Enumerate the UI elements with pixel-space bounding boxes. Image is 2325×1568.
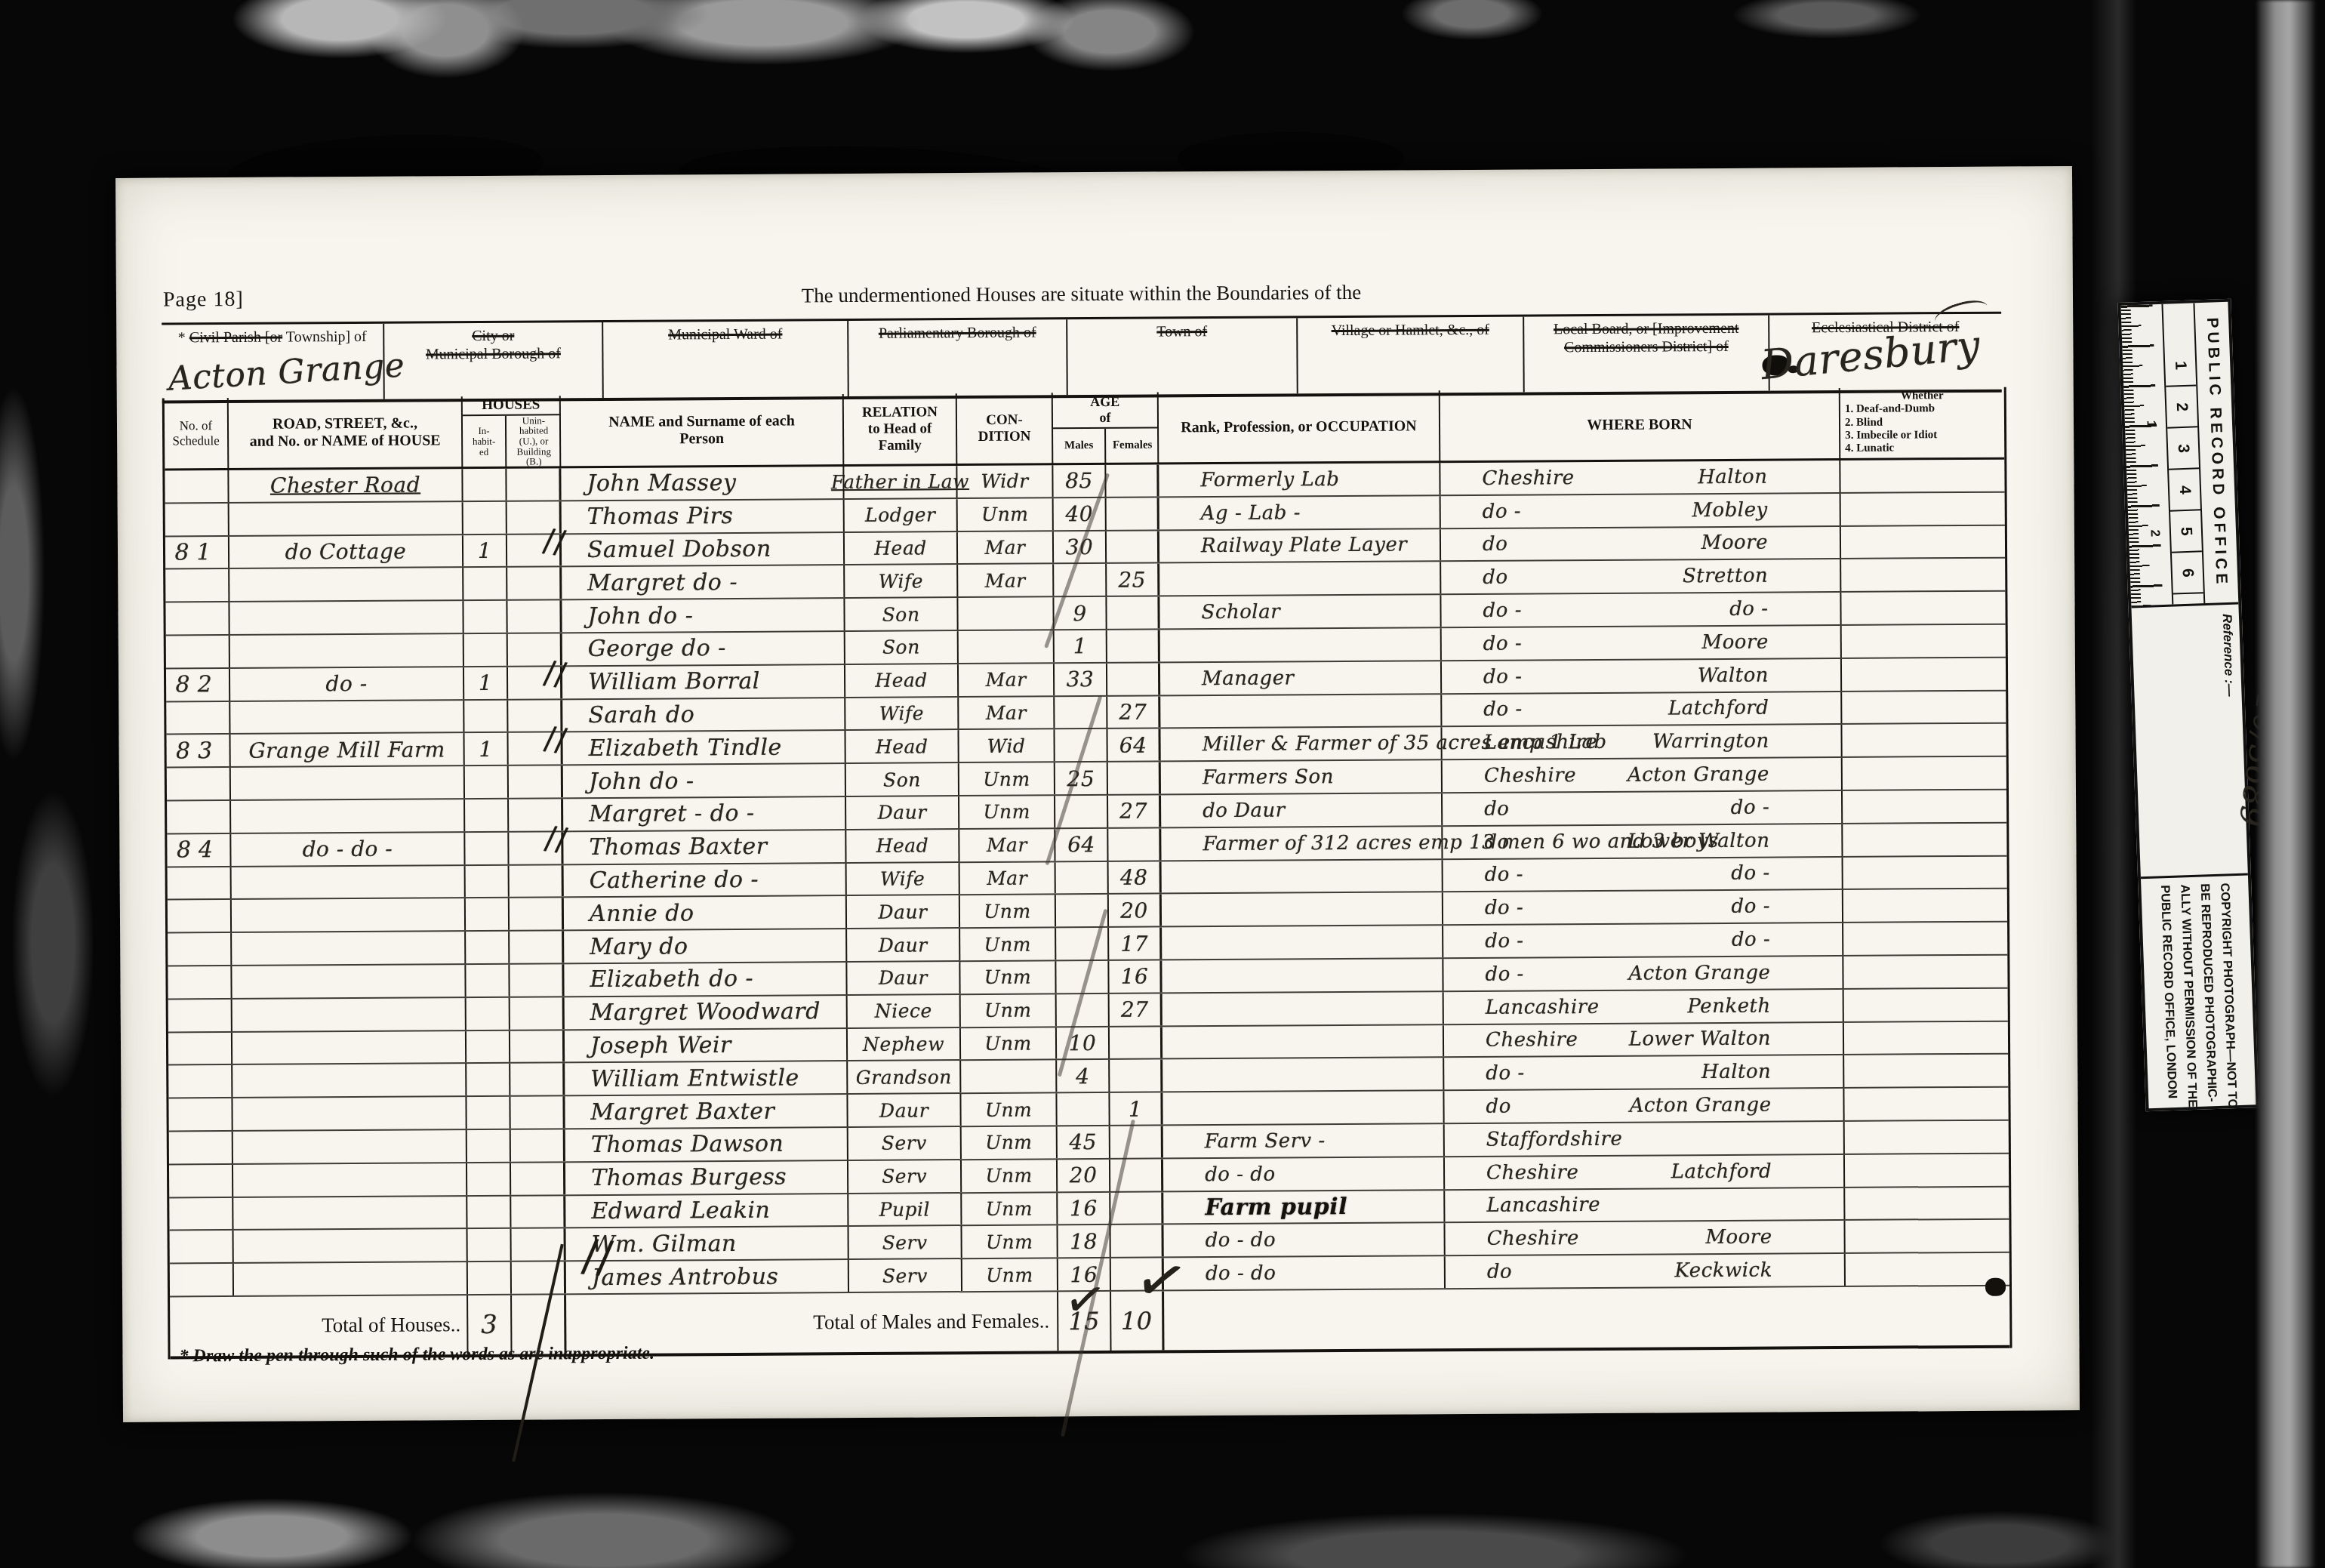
where-born-part: do: [1483, 533, 1507, 556]
header-where-born: WHERE BORN: [1440, 388, 1841, 461]
cell-houses-inhabited: 1: [464, 733, 508, 765]
cell-person-name: Thomas Burgess: [565, 1161, 848, 1194]
cell-occupation: do - do: [1163, 1157, 1445, 1191]
cell-age-female: [1110, 1126, 1163, 1157]
cell-houses-uninhabited: [507, 568, 562, 599]
cell-schedule-number: [168, 1033, 232, 1064]
cell-age-female: 20: [1109, 895, 1162, 926]
district-box-label: City or Municipal Borough of: [384, 326, 602, 364]
cell-condition: Wid: [959, 730, 1055, 762]
cell-schedule-number: 84: [167, 834, 231, 866]
cell-houses-uninhabited: [511, 1163, 565, 1194]
cell-road-street: [229, 502, 463, 535]
cell-schedule-number: [170, 1264, 234, 1295]
where-born-part: Cheshire: [1487, 1227, 1579, 1250]
header-occupation: Rank, Profession, or OCCUPATION: [1159, 390, 1441, 463]
cell-occupation: do Daur: [1161, 793, 1443, 827]
cell-houses-inhabited: 1: [464, 667, 508, 699]
copyright-lines: COPYRIGHT PHOTOGRAPH—NOT TOBE REPRODUCED…: [2155, 883, 2242, 1098]
cell-where-born: do -Walton: [1442, 659, 1842, 693]
header-schedule: No. of Schedule: [165, 398, 229, 470]
cell-houses-uninhabited: [507, 468, 561, 500]
cell-condition: Widr: [957, 465, 1053, 498]
cell-age-male: 1: [1055, 630, 1107, 662]
cell-relation: Serv: [848, 1226, 962, 1258]
cell-condition: Unm: [960, 895, 1056, 928]
cell-person-name: Margret - do -: [563, 797, 846, 830]
where-born-part: Lower Walton: [1627, 829, 1770, 852]
district-box-village-hamlet: Village or Hamlet, &c., of: [1298, 317, 1525, 394]
cell-schedule-number: [165, 504, 229, 535]
ruler-cm-number: 3: [2167, 427, 2199, 470]
cell-where-born: dodo -: [1443, 791, 1843, 825]
cell-occupation: Scholar: [1159, 595, 1441, 628]
cell-where-born: doStretton: [1441, 559, 1841, 593]
cell-whether-disability: [1843, 757, 2006, 790]
cell-road-street: [229, 601, 463, 634]
header-males: Males: [1053, 429, 1106, 464]
where-born-part: Keckwick: [1674, 1259, 1772, 1283]
cell-person-name: Edward Leakin: [565, 1194, 848, 1228]
cell-condition: [961, 1061, 1057, 1093]
cell-road-street: Chester Road: [229, 469, 463, 502]
where-born-part: Acton Grange: [1630, 1094, 1772, 1117]
where-born-part: do -: [1485, 864, 1524, 886]
cell-occupation: [1162, 959, 1443, 992]
census-rows: Chester RoadJohn MasseyFather in LawWidr…: [165, 460, 2009, 1298]
cell-houses-uninhabited: [510, 865, 564, 897]
pro-title-text: PUBLIC RECORD OFFICE: [2203, 317, 2230, 587]
cell-person-name: ∕∕Samuel Dobson: [562, 533, 845, 566]
cell-occupation: do - do: [1164, 1256, 1446, 1289]
cell-schedule-number: 83: [166, 735, 230, 766]
cell-where-born: CheshireHalton: [1440, 461, 1840, 494]
cell-age-female: 25: [1107, 564, 1159, 596]
where-born-part: do -: [1731, 895, 1770, 918]
cell-road-street: Grange Mill Farm: [230, 733, 464, 766]
cell-schedule-number: [165, 602, 229, 634]
cell-road-street: [233, 1163, 467, 1197]
where-born-part: Moore: [1701, 630, 1768, 654]
cell-whether-disability: [1845, 1220, 2009, 1252]
cell-houses-inhabited: [463, 568, 507, 599]
cell-whether-disability: [1843, 856, 2007, 889]
where-born-part: do -: [1729, 598, 1769, 621]
district-box-ecclesiastical: Ecclesiastical District of Daresbury: [1769, 314, 2002, 391]
header-houses: HOUSES: [463, 396, 559, 416]
where-born-part: Penketh: [1687, 994, 1770, 1018]
cell-occupation: [1160, 628, 1442, 661]
cell-occupation: Farm Serv -: [1163, 1124, 1445, 1157]
cell-where-born: do -Mobley: [1441, 494, 1841, 528]
cell-occupation: [1162, 893, 1443, 926]
cell-whether-disability: [1843, 790, 2006, 823]
where-born-part: do: [1483, 566, 1507, 589]
where-born-part: do -: [1485, 963, 1524, 985]
cell-condition: Unm: [961, 1093, 1057, 1126]
where-born-part: Moore: [1705, 1226, 1772, 1249]
where-born-part: do -: [1483, 599, 1522, 622]
cell-person-name: Margret do -: [562, 565, 845, 599]
cell-age-female: 48: [1109, 861, 1162, 893]
cell-where-born: doActon Grange: [1444, 1089, 1844, 1123]
microfilm-scan: Page 18] The undermentioned Houses are s…: [0, 0, 2325, 1568]
cell-relation: Wife: [847, 863, 960, 895]
cell-age-female: 27: [1110, 993, 1162, 1025]
cell-houses-inhabited: [463, 502, 507, 534]
where-born-part: Cheshire: [1484, 764, 1576, 787]
cell-houses-uninhabited: [510, 1064, 565, 1095]
where-born-part: do -: [1731, 862, 1770, 885]
cell-occupation: Miller & Farmer of 35 acres emp 1 Lab: [1160, 728, 1442, 761]
cell-person-name: ∕∕William Borral: [562, 665, 845, 698]
cell-whether-disability: [1841, 559, 2005, 591]
district-box-label: Local Board, or [Improvement Commissione…: [1524, 319, 1768, 357]
cell-houses-uninhabited: [507, 601, 562, 633]
header-condition: CON- DITION: [957, 393, 1054, 464]
cell-occupation: Ag - Lab -: [1159, 496, 1441, 529]
cell-whether-disability: [1843, 956, 2007, 988]
cell-schedule-number: [168, 966, 232, 998]
cell-relation: Head: [845, 532, 958, 565]
where-born-part: Acton Grange: [1628, 961, 1770, 984]
cell-whether-disability: [1841, 592, 2005, 624]
cell-where-born: doLower Walton: [1443, 824, 1843, 858]
cell-where-born: Lancashire: [1445, 1188, 1845, 1221]
cell-houses-inhabited: [467, 1196, 511, 1228]
cell-age-male: [1057, 994, 1110, 1026]
cell-age-female: [1107, 597, 1159, 629]
cell-age-male: 64: [1055, 829, 1108, 861]
where-born-part: Staffordshire: [1486, 1128, 1623, 1151]
cell-relation: Serv: [848, 1160, 962, 1193]
cell-houses-inhabited: [466, 965, 510, 997]
cell-age-male: [1056, 861, 1109, 893]
copyright-notice: COPYRIGHT PHOTOGRAPH—NOT TOBE REPRODUCED…: [2141, 875, 2256, 1105]
cell-condition: Mar: [959, 829, 1055, 861]
cell-schedule-number: [170, 1231, 234, 1262]
cell-relation: Head: [846, 830, 959, 862]
where-born-part: Lancashire: [1486, 996, 1600, 1019]
cell-whether-disability: [1841, 492, 2005, 525]
cell-road-street: [230, 634, 464, 667]
where-born-part: Halton: [1698, 465, 1768, 488]
cell-relation: Wife: [845, 565, 958, 598]
cell-condition: Unm: [962, 1193, 1058, 1225]
cell-whether-disability: [1844, 1021, 2008, 1054]
cell-relation: Daur: [847, 895, 960, 928]
cell-where-born: do -Acton Grange: [1443, 957, 1843, 990]
cell-houses-inhabited: [464, 700, 508, 732]
cell-whether-disability: [1843, 889, 2007, 922]
cell-age-female: 64: [1107, 729, 1160, 761]
cell-age-female: 27: [1107, 696, 1160, 728]
cell-road-street: [233, 1197, 467, 1230]
cell-houses-inhabited: 1: [463, 534, 507, 566]
district-box-municipal-ward: Municipal Ward of: [603, 321, 849, 398]
cell-person-name: Thomas Pirs: [562, 500, 845, 533]
cell-where-born: LancashireWarrington: [1442, 725, 1842, 759]
cell-age-male: 45: [1058, 1126, 1110, 1158]
cell-occupation: [1160, 695, 1442, 728]
header-relation: RELATION to Head of Family: [844, 393, 958, 465]
household-separator-mark: ∕∕: [542, 653, 569, 692]
cell-houses-inhabited: [467, 1097, 510, 1129]
cell-schedule-number: 82: [166, 669, 230, 701]
cell-condition: Unm: [962, 1160, 1058, 1192]
cell-houses-uninhabited: [509, 766, 563, 797]
cell-occupation: [1159, 562, 1441, 596]
cell-road-street: [232, 998, 467, 1031]
where-born-part: do: [1484, 830, 1509, 853]
ruler-inch-number: 1: [2144, 420, 2159, 427]
cell-schedule-number: [165, 470, 229, 502]
where-born-part: do: [1486, 1095, 1510, 1118]
cell-houses-uninhabited: [510, 931, 564, 963]
where-born-part: Latchford: [1668, 697, 1769, 720]
where-born-part: do: [1487, 1261, 1512, 1283]
cell-houses-inhabited: [467, 998, 510, 1030]
cell-houses-inhabited: [467, 1030, 510, 1062]
cell-where-born: do -do -: [1441, 593, 1841, 627]
cell-houses-inhabited: [465, 833, 509, 864]
cell-schedule-number: [168, 1065, 232, 1097]
cell-age-female: [1110, 1027, 1162, 1058]
cell-person-name: Mary do: [564, 929, 847, 963]
cell-road-street: [232, 965, 466, 998]
cell-houses-uninhabited: [510, 898, 564, 930]
cell-age-female: [1110, 1060, 1162, 1092]
header-age: AGE of: [1053, 393, 1157, 428]
cell-person-name: Thomas Dawson: [565, 1128, 848, 1161]
cell-houses-inhabited: [466, 865, 510, 897]
where-born-part: do: [1484, 798, 1509, 821]
cell-relation: Daur: [848, 1094, 961, 1126]
census-form-page: Page 18] The undermentioned Houses are s…: [115, 166, 2080, 1422]
cell-houses-inhabited: [467, 1163, 511, 1194]
cell-schedule-number: [168, 1000, 232, 1031]
cell-schedule-number: [168, 900, 232, 932]
where-born-part: Acton Grange: [1627, 763, 1769, 787]
header-whether-item: 1. Deaf-and-Dumb: [1845, 402, 1935, 416]
ruler-cm-number: 2: [2166, 386, 2197, 428]
cell-occupation: Farmer of 312 acres emp 13 men 6 wo and …: [1161, 827, 1443, 860]
header-age-group: AGE of Males Females: [1053, 392, 1159, 464]
cell-where-born: Staffordshire: [1445, 1122, 1845, 1156]
cell-road-street: do - do -: [231, 833, 465, 866]
cell-houses-inhabited: [463, 469, 507, 501]
form-footnote: * Draw the pen through such of the words…: [179, 1344, 654, 1367]
table-header: No. of Schedule ROAD, STREET, &c., and N…: [165, 387, 2005, 471]
cell-road-street: [229, 568, 463, 602]
cell-person-name: Margret Woodward: [565, 996, 848, 1029]
cell-road-street: [232, 866, 466, 899]
cell-age-female: [1107, 531, 1159, 562]
where-born-part: Lancashire: [1486, 1194, 1600, 1217]
cell-occupation: [1162, 992, 1444, 1025]
cell-where-born: CheshireLower Walton: [1444, 1023, 1844, 1057]
cell-schedule-number: [165, 569, 229, 601]
cell-where-born: do -Halton: [1444, 1055, 1844, 1089]
cell-whether-disability: [1844, 1055, 2008, 1087]
header-name: NAME and Surname of each Person: [561, 394, 845, 467]
district-box-label: Municipal Ward of: [603, 325, 847, 344]
cell-whether-disability: [1844, 988, 2008, 1021]
cell-whether-disability: [1842, 724, 2006, 756]
cell-condition: [959, 630, 1055, 663]
where-born-part: do -: [1485, 930, 1524, 953]
where-born-part: Cheshire: [1486, 1161, 1578, 1184]
cell-houses-uninhabited: [510, 997, 565, 1029]
cell-age-female: 1: [1110, 1093, 1162, 1125]
cell-where-born: LancashirePenketh: [1444, 990, 1844, 1024]
cell-relation: Head: [845, 664, 959, 697]
district-box-label: Town of: [1067, 322, 1296, 341]
cell-occupation: [1162, 1058, 1444, 1092]
cell-whether-disability: [1841, 525, 2005, 558]
cell-person-name: William Entwistle: [565, 1061, 848, 1095]
cell-whether-disability: [1844, 1088, 2008, 1120]
cell-age-female: [1108, 828, 1161, 860]
cell-occupation: [1162, 1091, 1444, 1124]
cell-relation: Son: [846, 763, 959, 796]
where-born-part: do -: [1483, 632, 1523, 655]
where-born-part: do -: [1486, 1062, 1525, 1085]
cell-condition: Unm: [959, 763, 1055, 796]
cell-age-female: [1107, 663, 1160, 695]
cell-road-street: [232, 932, 466, 965]
household-separator-mark: ∕∕: [580, 1229, 615, 1283]
cell-whether-disability: [1842, 691, 2006, 723]
header-uninhabited: Unin- habited (U.), or Building (B.): [507, 415, 561, 467]
cell-schedule-number: [169, 1198, 233, 1230]
cell-relation: Wife: [845, 698, 959, 730]
cell-houses-inhabited: [466, 898, 510, 930]
cell-road-street: [231, 799, 465, 833]
cell-condition: Mar: [960, 862, 1056, 895]
district-box-label: Village or Hamlet, &c., of: [1298, 321, 1523, 340]
where-born-part: Lower Walton: [1629, 1027, 1772, 1051]
cell-age-male: [1057, 1093, 1110, 1125]
cell-person-name: ∕∕Thomas Baxter: [563, 830, 846, 864]
cell-condition: Unm: [962, 1226, 1058, 1258]
household-separator-mark: ∕∕: [541, 521, 568, 560]
cell-whether-disability: [1845, 1154, 2009, 1186]
cell-whether-disability: [1843, 823, 2006, 855]
cell-houses-inhabited: [468, 1262, 512, 1294]
cell-where-born: do -do -: [1443, 858, 1843, 892]
cell-occupation: [1162, 1025, 1444, 1058]
where-born-part: Walton: [1698, 664, 1769, 687]
cell-relation: Niece: [848, 995, 961, 1027]
cell-condition: Mar: [958, 531, 1054, 564]
header-inhabited: In- habit- ed: [463, 416, 507, 468]
cell-age-male: 25: [1055, 762, 1108, 794]
totals-spacer: [1164, 1286, 2009, 1351]
cell-houses-uninhabited: [511, 1196, 565, 1228]
cell-road-street: [232, 1064, 467, 1097]
cell-person-name: George do -: [562, 632, 845, 665]
cell-relation: Nephew: [848, 1028, 961, 1061]
cell-occupation: do - do: [1163, 1224, 1445, 1257]
cell-occupation: Farm pupil: [1163, 1191, 1445, 1224]
cell-person-name: John do -: [563, 764, 846, 797]
header-whether-item: 2. Blind: [1845, 416, 1883, 430]
header-whether-item: 4. Lunatic: [1845, 442, 1894, 456]
header-road: ROAD, STREET, &c., and No. or NAME of HO…: [229, 396, 463, 469]
cell-where-born: do -do -: [1443, 890, 1843, 924]
cell-relation: Serv: [849, 1259, 962, 1292]
ruler-scale: 1 2 123456 PUBLIC RECORD OFFICE: [2120, 302, 2238, 608]
cell-relation: Head: [845, 730, 959, 762]
cell-whether-disability: [1845, 1187, 2009, 1219]
cell-relation: Serv: [848, 1127, 962, 1160]
cell-schedule-number: [167, 801, 231, 833]
reference-label: Reference :—: [2219, 614, 2237, 697]
cell-condition: [958, 598, 1054, 630]
cell-condition: Unm: [962, 1126, 1058, 1159]
where-born-part: Latchford: [1671, 1160, 1772, 1183]
ruler-inch-number: 2: [2148, 529, 2163, 537]
cell-where-born: CheshireLatchford: [1445, 1155, 1845, 1189]
where-born-part: do -: [1483, 500, 1522, 522]
where-born-part: Lancashire: [1484, 731, 1598, 754]
where-born-part: do -: [1731, 796, 1770, 818]
cell-condition: Mar: [959, 664, 1055, 696]
cell-houses-inhabited: [465, 799, 509, 831]
cell-houses-uninhabited: [510, 1030, 565, 1062]
cell-age-male: 4: [1057, 1060, 1110, 1092]
where-born-part: Moore: [1701, 531, 1768, 555]
cell-houses-inhabited: [467, 1130, 511, 1162]
cell-whether-disability: [1845, 1121, 2009, 1154]
cell-age-male: 33: [1055, 664, 1107, 695]
cell-schedule-number: [169, 1165, 233, 1197]
cell-where-born: CheshireMoore: [1445, 1221, 1845, 1255]
where-born-part: do -: [1483, 665, 1523, 688]
cell-age-female: 17: [1109, 928, 1162, 960]
film-edge-band: [2257, 0, 2316, 1568]
header-whether-item: 3. Imbecile or Idiot: [1845, 429, 1937, 442]
cell-road-street: [234, 1229, 468, 1262]
cell-relation: Lodger: [845, 499, 958, 531]
page-title: The undermentioned Houses are situate wi…: [162, 277, 2001, 312]
cell-occupation: Railway Plate Layer: [1159, 529, 1441, 562]
cell-person-name: ∕∕Elizabeth Tindle: [562, 731, 845, 764]
cell-age-male: 16: [1058, 1192, 1110, 1224]
cell-occupation: [1162, 926, 1443, 959]
cell-houses-inhabited: [468, 1229, 512, 1261]
cell-houses-uninhabited: [510, 964, 564, 996]
header-females: Females: [1106, 429, 1159, 464]
cell-where-born: do -Latchford: [1442, 692, 1842, 726]
district-box-civil-parish: * Civil Parish [or Township] of Acton Gr…: [162, 324, 385, 401]
cell-age-female: 16: [1109, 960, 1162, 992]
cell-where-born: do -Moore: [1442, 626, 1842, 660]
ruler-cm-number: 1: [2164, 344, 2196, 387]
district-box-local-board: Local Board, or [Improvement Commissione…: [1524, 316, 1770, 393]
cell-age-female: [1107, 630, 1160, 661]
cell-schedule-number: [168, 867, 232, 899]
cell-person-name: John do -: [562, 599, 845, 632]
cell-houses-inhabited: [465, 766, 509, 798]
header-whether-disability: Whether 1. Deaf-and-Dumb2. Blind3. Imbec…: [1840, 387, 2005, 459]
cell-occupation: Manager: [1160, 661, 1442, 695]
cell-road-street: [230, 701, 464, 734]
cell-relation: Son: [845, 598, 958, 630]
cell-relation: Daur: [846, 796, 959, 829]
cell-road-street: [232, 1097, 467, 1130]
